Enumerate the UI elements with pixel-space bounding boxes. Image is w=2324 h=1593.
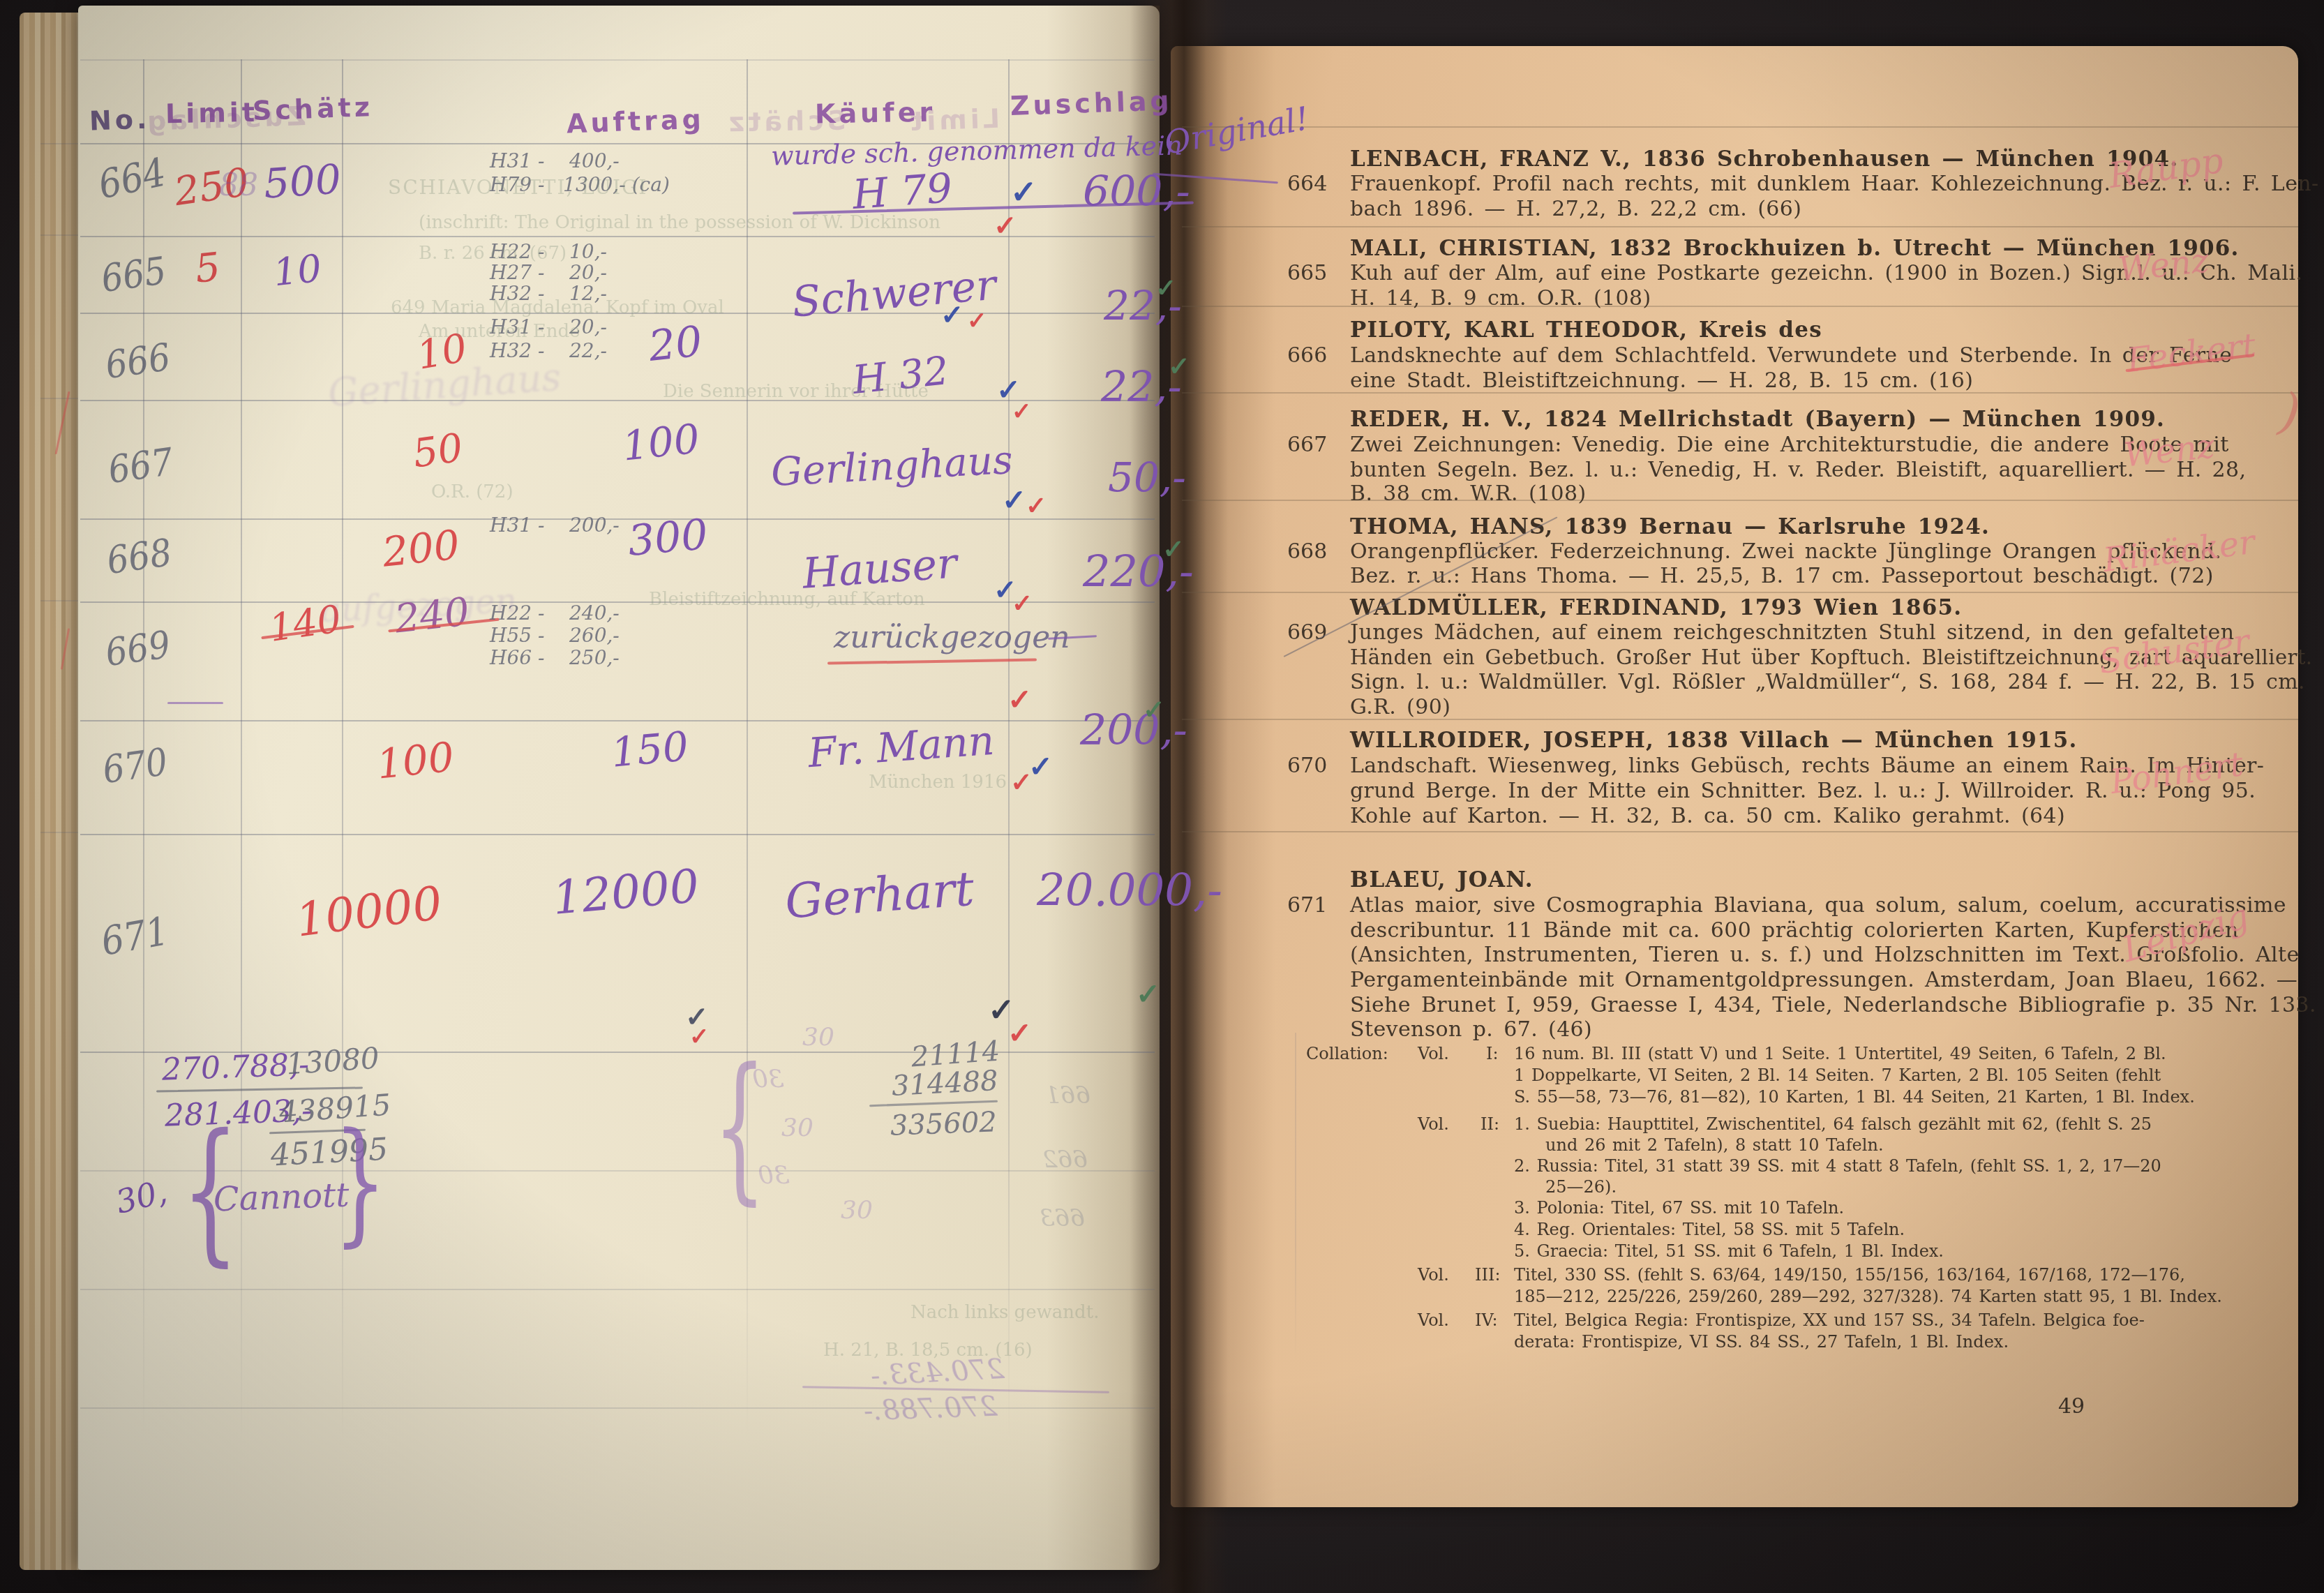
bleed-fragment: Nach links gewandt. (910, 1302, 1099, 1323)
entry-line: Orangenpflücker. Federzeichnung. Zwei na… (1350, 539, 2221, 564)
row-auftrag-line: H55 - 260,- (490, 624, 620, 647)
row-no: 670 (100, 740, 170, 792)
ledger-column-line (1008, 59, 1010, 1441)
entry-separator (1182, 592, 2298, 593)
row-schaetz: 150 (609, 722, 690, 776)
collation-line: 1 Doppelkarte, VI Seiten, 2 Bl. 14 Seite… (1514, 1065, 2161, 1085)
collation-line: 185—212, 225/226, 259/260, 289—292, 327/… (1514, 1287, 2222, 1306)
check-icon-red: ✓ (967, 307, 987, 335)
entry-line: H. 14, B. 9 cm. O.R. (108) (1350, 286, 1651, 311)
entry-header: WILLROIDER, JOSEPH, 1838 Villach — Münch… (1350, 728, 2077, 753)
check-icon-red: ✓ (994, 209, 1017, 242)
row-no: 668 (104, 530, 174, 583)
collation-line: 4. Reg. Orientales: Titel, 58 SS. mit 5 … (1514, 1220, 1905, 1239)
column-header-no: No. (89, 103, 151, 136)
row-schaetz: 10 (271, 246, 324, 295)
column-header-zuschlag: Zuschlag (1010, 85, 1173, 121)
row-schaetz: 20 (647, 317, 705, 371)
check-icon-green: ✓ (1143, 694, 1165, 725)
page-stack-edge (20, 13, 80, 1570)
check-icon-blue: ✓ (1010, 173, 1037, 211)
entry-line: bach 1896. — H. 27,2, B. 22,2 cm. (66) (1350, 197, 1801, 221)
bleed-fragment: 649 Maria Magdalena. Kopf im Oval (391, 297, 724, 318)
entry-separator (1182, 126, 2298, 128)
check-icon-red: ✓ (1012, 398, 1032, 426)
bleed-fragment: Bleistiftzeichnung, auf Karton (649, 589, 925, 610)
ledger-column-line (747, 59, 748, 1441)
entry-header: LENBACH, FRANZ V., 1836 Schrobenhausen —… (1350, 147, 2178, 172)
bleed-fragment: B. r. 26 cm. (67) (419, 243, 567, 264)
entry-number: 667 (1287, 433, 1327, 457)
entry-number: 666 (1287, 343, 1327, 368)
margin-tick (40, 143, 78, 144)
entry-separator (1182, 719, 2298, 720)
bleed-fragment: München 1916 (869, 772, 1007, 793)
entry-line: Pergamenteinbände mit Ornamentgoldpressu… (1350, 968, 2297, 992)
row-auftrag-line: H66 - 250,- (490, 646, 620, 669)
bleed-number: 30 (758, 1161, 790, 1190)
entry-number: 665 (1287, 261, 1327, 285)
row-no: 667 (105, 440, 176, 492)
entry-header: REDER, H. V., 1824 Mellrichstadt (Bayern… (1350, 407, 2165, 432)
bleed-number: 30 (841, 1196, 873, 1225)
entry-separator (1182, 831, 2298, 832)
row-kaeufer-withdrawn: zurückgezogen (834, 620, 1070, 655)
entry-number: 671 (1287, 893, 1327, 918)
collation-vol-num: III: (1475, 1265, 1501, 1285)
row-zuschlag: 50,- (1108, 454, 1186, 501)
entry-number: 664 (1287, 172, 1327, 196)
collation-line: S. 55—58, 73—76, 81—82), 10 Karten, 1 Bl… (1514, 1087, 2195, 1107)
entry-header: MALI, CHRISTIAN, 1832 Brockhuizen b. Utr… (1350, 236, 2240, 261)
bleed-fragment: Am unteren Ende (419, 321, 580, 342)
collation-line: 3. Polonia: Titel, 67 SS. mit 10 Tafeln. (1514, 1198, 1844, 1218)
entry-separator (1182, 226, 2298, 227)
ledger-column-line (241, 59, 242, 1441)
row669-underline (167, 702, 223, 704)
bleed-stamp-limit: Limit (906, 103, 1000, 137)
row-limit: 50 (410, 425, 466, 477)
collation-vol: Vol. (1418, 1114, 1449, 1134)
entry-header: THOMA, HANS, 1839 Bernau — Karlsruhe 192… (1350, 514, 1990, 539)
bleed-stamp-zuschlag: Zuschlag (143, 100, 306, 137)
sum-right-2: 314488 (891, 1065, 999, 1102)
row-schaetz: 500 (262, 155, 343, 208)
entry-line: G.R. (90) (1350, 695, 1450, 719)
entry-header: BLAEU, JOAN. (1350, 867, 1534, 892)
book-gutter (1130, 0, 1228, 1593)
margin-tick (40, 832, 78, 833)
bleed-fragment: (inschrift: The Original in the possessi… (419, 212, 940, 233)
collation-line: 16 num. Bl. III (statt V) und 1 Seite. 1… (1514, 1044, 2166, 1063)
check-icon-blue: ✓ (940, 299, 964, 331)
bleed-number: 30 (781, 1114, 814, 1142)
sum-right-total: 335602 (890, 1106, 997, 1142)
row-no: 666 (103, 335, 173, 387)
check-icon-green: ✓ (1136, 977, 1160, 1011)
check-icon-red: ✓ (1012, 589, 1033, 618)
entry-line: bunten Segeln. Bez. l. u.: Venedig, H. v… (1350, 458, 2246, 482)
entry-header: PILOTY, KARL THEODOR, Kreis des (1350, 317, 1822, 343)
margin-tick (40, 398, 78, 399)
entry-line: eine Stadt. Bleistiftzeichnung. — H. 28,… (1350, 368, 1973, 393)
collation-vol: Vol. (1418, 1265, 1449, 1285)
check-icon-red: ✓ (1007, 682, 1032, 717)
check-icon-green: ✓ (1155, 274, 1176, 303)
entry-line: Landsknechte auf dem Schlachtfeld. Verwu… (1350, 343, 2232, 368)
entry-number: 668 (1287, 539, 1327, 564)
entry-line: Sign. l. u.: Waldmüller. Vgl. Rößler „Wa… (1350, 670, 2305, 694)
bleed-fragment: SCHIAVONETTI, LUIGI (388, 176, 647, 199)
entry-line: Zwei Zeichnungen: Venedig. Die eine Arch… (1350, 433, 2229, 457)
collation-vol-num: IV: (1475, 1310, 1497, 1330)
entry-separator (1182, 500, 2298, 501)
bleed-fragment: O.R. (72) (431, 481, 513, 502)
check-icon-blue: ✓ (1002, 483, 1026, 517)
row-limit: 100 (375, 733, 456, 788)
row-schaetz: 300 (626, 510, 710, 566)
collation-line: 25—26). (1545, 1177, 1617, 1197)
row-limit: 5 (193, 244, 223, 292)
row-auftrag-line: H31 - 200,- (490, 514, 620, 537)
row-no: 669 (103, 622, 173, 675)
collation-vol: Vol. (1418, 1310, 1449, 1330)
bracket-close: } (333, 1105, 387, 1260)
collation-vol: Vol. (1418, 1044, 1449, 1063)
collation-line: Titel, Belgica Regia: Frontispize, XX un… (1514, 1310, 2145, 1330)
row-schaetz: 100 (620, 414, 702, 470)
entry-number: 669 (1287, 620, 1327, 645)
entry-line: Kohle auf Karton. — H. 32, B. ca. 50 cm.… (1350, 804, 2065, 828)
row-zuschlag: 20.000,- (1037, 865, 1222, 917)
row-no: 665 (98, 248, 169, 301)
check-icon-green: ✓ (1168, 350, 1190, 382)
row-limit: 200 (380, 521, 462, 576)
collation-vol-num: I: (1486, 1044, 1499, 1063)
entry-line: describuntur. 11 Bände mit ca. 600 präch… (1350, 918, 2239, 943)
row-auftrag-line: H31 - 400,- (490, 149, 620, 172)
entry-line: Stevenson p. 67. (46) (1350, 1017, 1592, 1042)
check-icon-red: ✓ (1007, 1016, 1032, 1050)
collation-line: Titel, 330 SS. (fehlt S. 63/64, 149/150,… (1514, 1265, 2185, 1285)
bracket-name: Cannott (213, 1176, 350, 1220)
entry-line: Junges Mädchen, auf einem reichgeschnitz… (1350, 620, 2234, 645)
page-number: 49 (2058, 1394, 2085, 1419)
collation-vol-num: II: (1480, 1114, 1499, 1134)
bleed-fragment: Die Sennerin vor ihrer Hütte (663, 381, 929, 402)
book-photo: No. Limit Schätz Auftrag Käufer Zuschlag… (0, 0, 2324, 1593)
entry-header: WALDMÜLLER, FERDINAND, 1793 Wien 1865. (1350, 595, 1962, 620)
bleed-number: 30 (802, 1023, 834, 1052)
entry-separator (1182, 306, 2298, 307)
margin-tick (40, 600, 78, 601)
sum-pencil-1: 13080 (285, 1040, 380, 1081)
collation-line: 5. Graecia: Titel, 51 SS. mit 6 Tafeln, … (1514, 1241, 1944, 1261)
check-icon-green: ✓ (1162, 533, 1185, 564)
margin-tick (40, 234, 78, 236)
entry-line: Bez. r. u.: Hans Thoma. — H. 25,5, B. 17… (1350, 564, 2214, 588)
check-icon-red: ✓ (689, 1023, 710, 1051)
collation-line: derata: Frontispize, VI SS. 84 SS., 27 T… (1514, 1332, 2009, 1352)
collation-edge-line (1295, 1033, 1296, 1361)
collation-line: 2. Russia: Titel, 31 statt 39 SS. mit 4 … (1514, 1156, 2161, 1176)
collation-label: Collation: (1306, 1044, 1388, 1063)
bleed-mirrored-sum: 270.788.- (863, 1391, 998, 1428)
collation-line: 1. Suebia: Haupttitel, Zwischentitel, 64… (1514, 1114, 2152, 1134)
bleed-number: 663 (1040, 1204, 1085, 1232)
row-auftrag-line: H27 - 20,- (490, 261, 607, 284)
bleed-88: 88 (219, 167, 258, 203)
check-icon-red: ✓ (1010, 766, 1033, 798)
entry-line: Siehe Brunet I, 959, Graesse I, 434, Tie… (1350, 993, 2316, 1017)
bleed-number: 30 (752, 1065, 784, 1093)
bleed-stamp-schaetz: Schätz (726, 105, 847, 137)
bleed-number: 662 (1042, 1146, 1088, 1174)
row-zuschlag: 200,- (1080, 706, 1187, 755)
bleed-number: 661 (1045, 1082, 1090, 1109)
check-icon-red: ✓ (1026, 491, 1047, 521)
column-header-auftrag: Auftrag (566, 104, 705, 140)
entry-number: 670 (1287, 754, 1327, 778)
collation-line: und 26 mit 2 Tafeln), 8 statt 10 Tafeln. (1545, 1135, 1884, 1155)
entry-line: B. 38 cm. W.R. (108) (1350, 481, 1587, 506)
entry-line: Atlas maior, sive Cosmographia Blaviana,… (1350, 893, 2286, 918)
